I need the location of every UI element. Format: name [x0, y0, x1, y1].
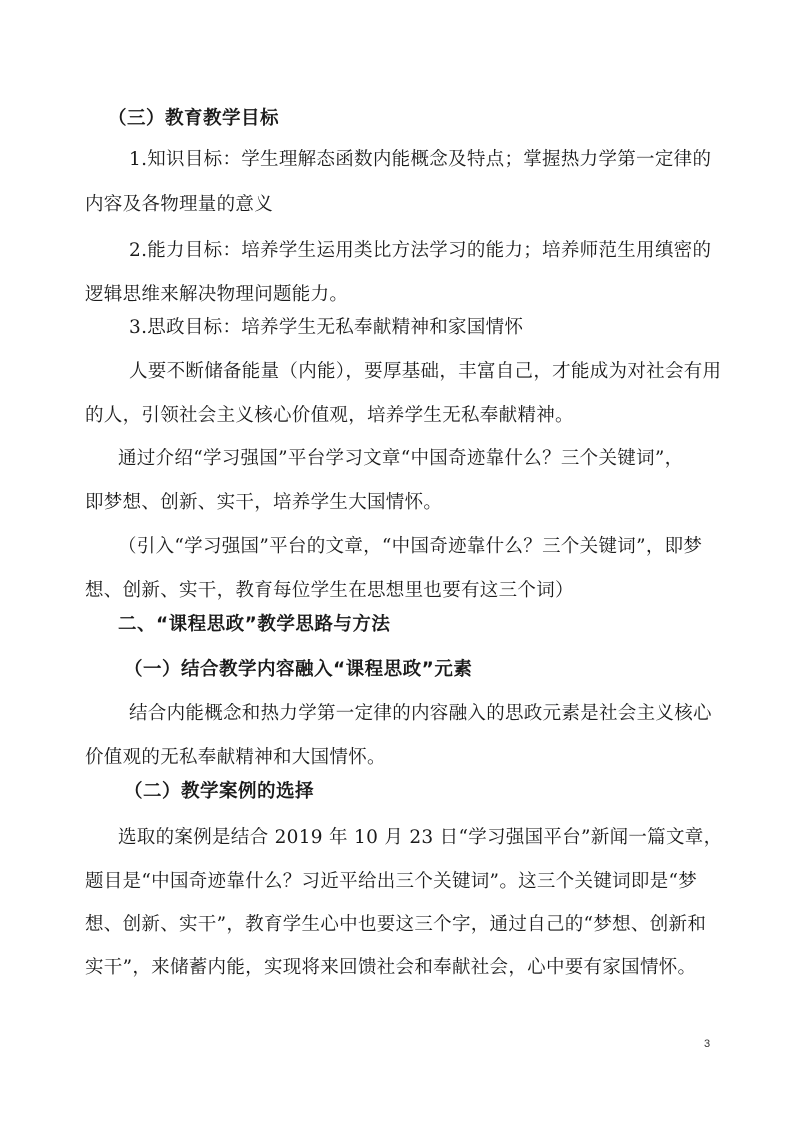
section-heading: （二）教学案例的选择 [124, 780, 314, 804]
paragraph-line: 内容及各物理量的意义 [85, 193, 273, 217]
section-heading: 二、“课程思政”教学思路与方法 [118, 613, 390, 637]
paragraph-line: 想、创新、实干”，教育学生心中也要这三个字，通过自己的“梦想、创新和 [85, 913, 706, 937]
paragraph-line: 题目是“中国奇迹靠什么？习近平给出三个关键词”。这三个关键词即是“梦 [85, 870, 697, 894]
document-page: （三）教育教学目标1.知识目标：学生理解态函数内能概念及特点；掌握热力学第一定律… [0, 0, 794, 1123]
paragraph-line: 选取的案例是结合 2019 年 10 月 23 日“学习强国平台”新闻一篇文章， [118, 826, 722, 850]
paragraph-line: 2.能力目标：培养学生运用类比方法学习的能力；培养师范生用缜密的 [129, 239, 711, 263]
paragraph-line: 即梦想、创新、实干，培养学生大国情怀。 [85, 491, 442, 515]
paragraph-line: 通过介绍“学习强国”平台学习文章“中国奇迹靠什么？三个关键词”， [118, 447, 683, 471]
paragraph-line: 结合内能概念和热力学第一定律的内容融入的思政元素是社会主义核心 [129, 702, 712, 726]
paragraph-line: （引入“学习强国”平台的文章，“中国奇迹靠什么？三个关键词”，即梦 [118, 535, 702, 559]
paragraph-line: 人要不断储备能量（内能），要厚基础，丰富自己，才能成为对社会有用 [129, 360, 721, 384]
section-heading: （三）教育教学目标 [108, 107, 279, 131]
paragraph-line: 的人，引领社会主义核心价值观，培养学生无私奉献精神。 [85, 404, 574, 428]
paragraph-line: 1.知识目标：学生理解态函数内能概念及特点；掌握热力学第一定律的 [129, 148, 711, 172]
paragraph-line: 逻辑思维来解决物理问题能力。 [85, 283, 348, 307]
section-heading: （一）结合教学内容融入“课程思政”元素 [124, 658, 472, 682]
page-number: 3 [704, 1038, 710, 1050]
paragraph-line: 实干”，来储蓄内能，实现将来回馈社会和奉献社会，心中要有家国情怀。 [85, 956, 696, 980]
paragraph-line: 3.思政目标：培养学生无私奉献精神和家国情怀 [129, 316, 523, 340]
paragraph-line: 想、创新、实干，教育每位学生在思想里也要有这三个词） [85, 579, 574, 603]
paragraph-line: 价值观的无私奉献精神和大国情怀。 [85, 746, 386, 770]
